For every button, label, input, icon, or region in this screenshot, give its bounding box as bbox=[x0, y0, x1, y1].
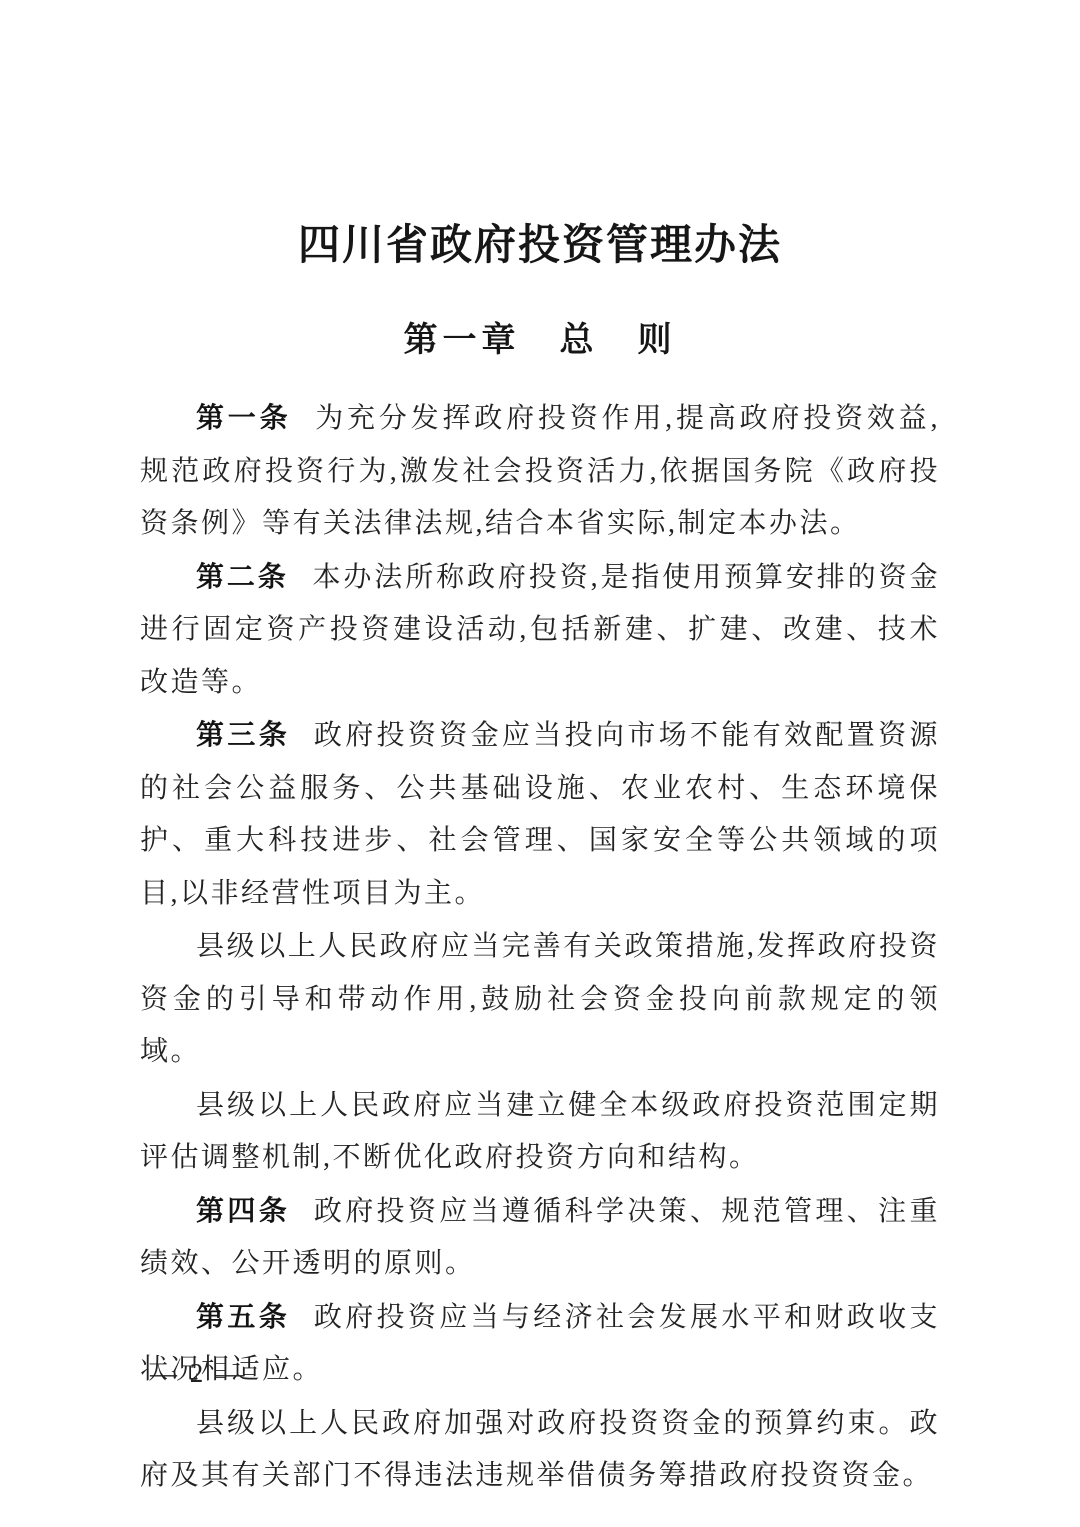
page-number: — 2 — bbox=[150, 1358, 246, 1389]
document-page: 四川省政府投资管理办法 第一章 总 则 第一条为充分发挥政府投资作用,提高政府投… bbox=[0, 0, 1080, 1527]
paragraph: 第四条政府投资应当遵循科学决策、规范管理、注重绩效、公开透明的原则。 bbox=[140, 1185, 940, 1291]
document-title: 四川省政府投资管理办法 bbox=[0, 212, 1080, 272]
paragraph: 县级以上人民政府应当建立健全本级政府投资范围定期评估调整机制,不断优化政府投资方… bbox=[140, 1079, 940, 1185]
paragraph: 第三条政府投资资金应当投向市场不能有效配置资源的社会公益服务、公共基础设施、农业… bbox=[140, 709, 940, 920]
chapter-heading: 第一章 总 则 bbox=[0, 312, 1080, 361]
article-number: 第二条 bbox=[196, 561, 289, 592]
paragraph-text: 县级以上人民政府应当建立健全本级政府投资范围定期评估调整机制,不断优化政府投资方… bbox=[140, 1090, 940, 1174]
document-body: 第一条为充分发挥政府投资作用,提高政府投资效益,规范政府投资行为,激发社会投资活… bbox=[140, 392, 940, 1503]
paragraph: 第五条政府投资应当与经济社会发展水平和财政收支状况相适应。 bbox=[140, 1291, 940, 1397]
paragraph-text: 县级以上人民政府加强对政府投资资金的预算约束。政府及其有关部门不得违法违规举借债… bbox=[140, 1408, 940, 1492]
paragraph: 第一条为充分发挥政府投资作用,提高政府投资效益,规范政府投资行为,激发社会投资活… bbox=[140, 392, 940, 551]
paragraph-text: 县级以上人民政府应当完善有关政策措施,发挥政府投资资金的引导和带动作用,鼓励社会… bbox=[140, 931, 940, 1067]
article-number: 第三条 bbox=[196, 719, 290, 750]
article-number: 第一条 bbox=[196, 402, 291, 433]
article-number: 第五条 bbox=[196, 1301, 290, 1332]
article-number: 第四条 bbox=[196, 1195, 290, 1226]
paragraph: 县级以上人民政府应当完善有关政策措施,发挥政府投资资金的引导和带动作用,鼓励社会… bbox=[140, 920, 940, 1079]
paragraph: 第二条本办法所称政府投资,是指使用预算安排的资金进行固定资产投资建设活动,包括新… bbox=[140, 551, 940, 710]
paragraph: 县级以上人民政府加强对政府投资资金的预算约束。政府及其有关部门不得违法违规举借债… bbox=[140, 1397, 940, 1503]
